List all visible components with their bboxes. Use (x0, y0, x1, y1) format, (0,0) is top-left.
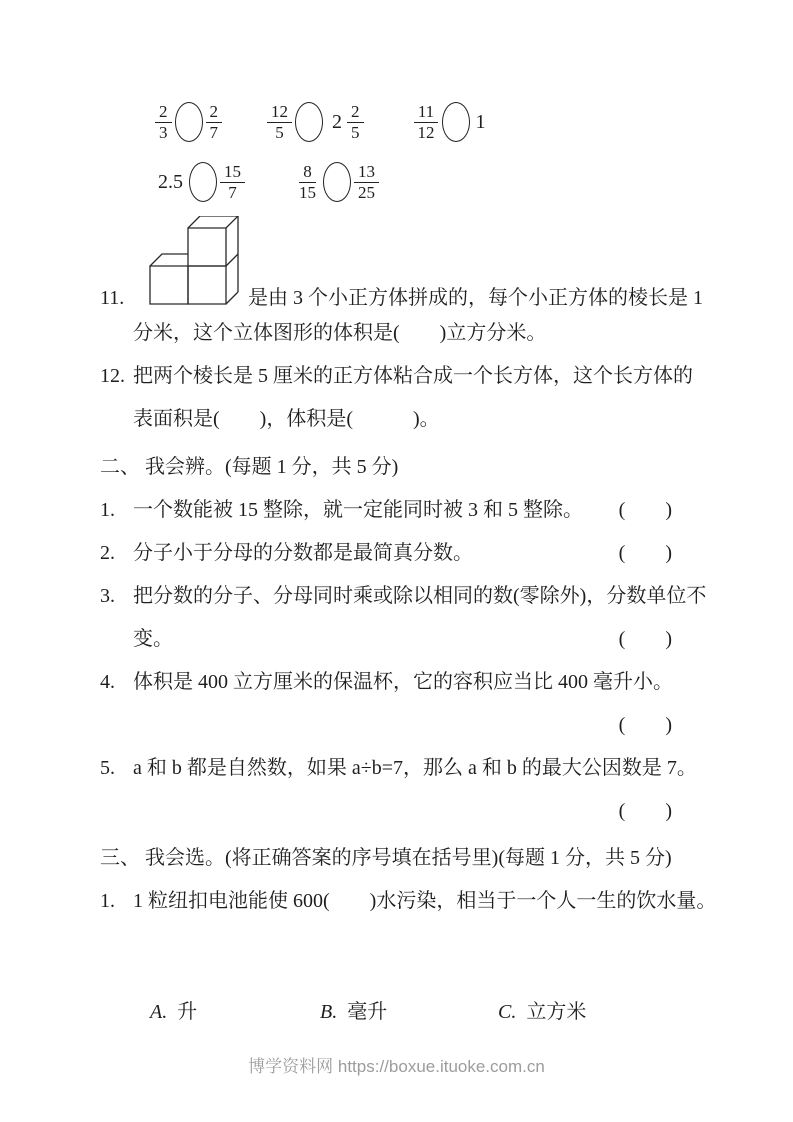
denominator: 5 (347, 123, 364, 143)
option-text: 毫升 (347, 998, 387, 1026)
comparison-row-2: 2.5 15 7 8 15 13 25 (100, 156, 700, 208)
answer-bracket: ( ) (619, 489, 700, 532)
question-number: 3. (100, 575, 133, 618)
numerator: 2 (347, 102, 364, 123)
answer-bracket: ( ) (619, 790, 672, 833)
tf-question-4: 4. 体积是 400 立方厘米的保温杯，它的容积应当比 400 毫升小。 (100, 661, 700, 704)
question-text: 分子小于分母的分数都是最简真分数。 (133, 532, 473, 575)
question-text: 把两个棱长是 5 厘米的正方体粘合成一个长方体，这个长方体的 (133, 355, 693, 398)
question-text: 体积是 400 立方厘米的保温杯，它的容积应当比 400 毫升小。 (133, 661, 673, 704)
question-text: 把分数的分子、分母同时乘或除以相同的数(零除外)，分数单位不 (133, 575, 706, 618)
option-label: C. (498, 998, 516, 1026)
question-number: 1. (100, 880, 133, 923)
comparison-item-2: 12 5 2 2 5 (267, 102, 364, 142)
tf-question-5: 5. a 和 b 都是自然数，如果 a÷b=7，那么 a 和 b 的最大公因数是… (100, 747, 700, 790)
question-number: 5. (100, 747, 133, 790)
denominator: 7 (206, 123, 223, 143)
section2-heading: 二、 我会辨。(每题 1 分，共 5 分) (100, 446, 700, 489)
mixed-number-whole: 2 (332, 111, 342, 134)
fraction: 2 3 (155, 102, 172, 142)
denominator: 12 (414, 123, 439, 143)
question-text: 一个数能被 15 整除，就一定能同时被 3 和 5 整除。 (133, 489, 583, 532)
comparison-row-1: 2 3 2 7 12 5 2 2 5 (100, 96, 700, 148)
comparison-item-1: 2 3 2 7 (155, 102, 222, 142)
option-b: B. 毫升 (320, 998, 498, 1026)
question-text: 变。 (133, 618, 173, 661)
worksheet-content: 2 3 2 7 12 5 2 2 5 (100, 96, 700, 1026)
question-number: 2. (100, 532, 133, 575)
site-watermark: 博学资料网 https://boxue.ituoke.com.cn (0, 1052, 793, 1077)
question-12: 12. 把两个棱长是 5 厘米的正方体粘合成一个长方体，这个长方体的 (100, 355, 700, 398)
whole-number: 1 (476, 111, 486, 134)
comparison-circle (323, 162, 351, 202)
tf-question-2: 2. 分子小于分母的分数都是最简真分数。 ( ) (100, 532, 700, 575)
option-c: C. 立方米 (498, 998, 586, 1026)
fraction: 15 7 (220, 162, 245, 202)
three-cubes-svg (148, 216, 244, 306)
numerator: 2 (206, 102, 223, 123)
comparison-circle (175, 102, 203, 142)
question-number: 1. (100, 489, 133, 532)
question-11: 11. 是由 3 个小正方体拼成的，每个小正方体的棱长是 1 (100, 216, 700, 312)
option-text: 升 (177, 998, 197, 1026)
denominator: 25 (354, 183, 379, 203)
denominator: 5 (271, 123, 288, 143)
fraction: 2 5 (347, 102, 364, 142)
question-text: 1 粒纽扣电池能使 600( )水污染，相当于一个人一生的饮水量。 (133, 880, 716, 923)
fraction: 8 15 (295, 162, 320, 202)
answer-bracket: ( ) (619, 704, 672, 747)
denominator: 7 (224, 183, 241, 203)
question-text: 表面积是( )，体积是( )。 (100, 398, 700, 441)
question-number: 4. (100, 661, 133, 704)
comparison-circle (189, 162, 217, 202)
question-text: 分米，这个立体图形的体积是( )立方分米。 (100, 312, 700, 355)
numerator: 12 (267, 102, 292, 123)
comparison-circle (442, 102, 470, 142)
choice-options-row: A. 升 B. 毫升 C. 立方米 (100, 998, 700, 1026)
answer-bracket: ( ) (619, 618, 700, 661)
numerator: 8 (299, 162, 316, 183)
question-text: a 和 b 都是自然数，如果 a÷b=7，那么 a 和 b 的最大公因数是 7。 (133, 747, 697, 790)
numerator: 13 (354, 162, 379, 183)
tf-question-4-answer: ( ) (100, 704, 700, 747)
option-label: A. (150, 998, 167, 1026)
choice-question-1: 1. 1 粒纽扣电池能使 600( )水污染，相当于一个人一生的饮水量。 (100, 880, 700, 923)
section3-heading: 三、 我会选。(将正确答案的序号填在括号里)(每题 1 分，共 5 分) (100, 837, 700, 880)
answer-bracket: ( ) (619, 532, 700, 575)
denominator: 3 (155, 123, 172, 143)
tf-question-1: 1. 一个数能被 15 整除，就一定能同时被 3 和 5 整除。 ( ) (100, 489, 700, 532)
fraction: 11 12 (414, 102, 439, 142)
numerator: 11 (414, 102, 438, 123)
tf-question-3: 3. 把分数的分子、分母同时乘或除以相同的数(零除外)，分数单位不 (100, 575, 700, 618)
option-text: 立方米 (526, 998, 586, 1026)
denominator: 15 (295, 183, 320, 203)
fraction: 12 5 (267, 102, 292, 142)
tf-question-5-answer: ( ) (100, 790, 700, 833)
three-cubes-figure (148, 216, 244, 312)
decimal-number: 2.5 (158, 171, 183, 194)
comparison-item-4: 2.5 15 7 (155, 162, 245, 202)
worksheet-page: 2 3 2 7 12 5 2 2 5 (0, 0, 793, 1122)
fraction: 2 7 (206, 102, 223, 142)
question-number: 11. (100, 286, 148, 312)
option-a: A. 升 (150, 998, 320, 1026)
comparison-item-3: 11 12 1 (414, 102, 489, 142)
tf-question-3-line2: 变。 ( ) (100, 618, 700, 661)
fraction: 13 25 (354, 162, 379, 202)
option-label: B. (320, 998, 337, 1026)
numerator: 15 (220, 162, 245, 183)
numerator: 2 (155, 102, 172, 123)
comparison-item-5: 8 15 13 25 (295, 162, 379, 202)
question-number: 12. (100, 355, 133, 398)
question-text: 是由 3 个小正方体拼成的，每个小正方体的棱长是 1 (244, 286, 703, 312)
comparison-circle (295, 102, 323, 142)
